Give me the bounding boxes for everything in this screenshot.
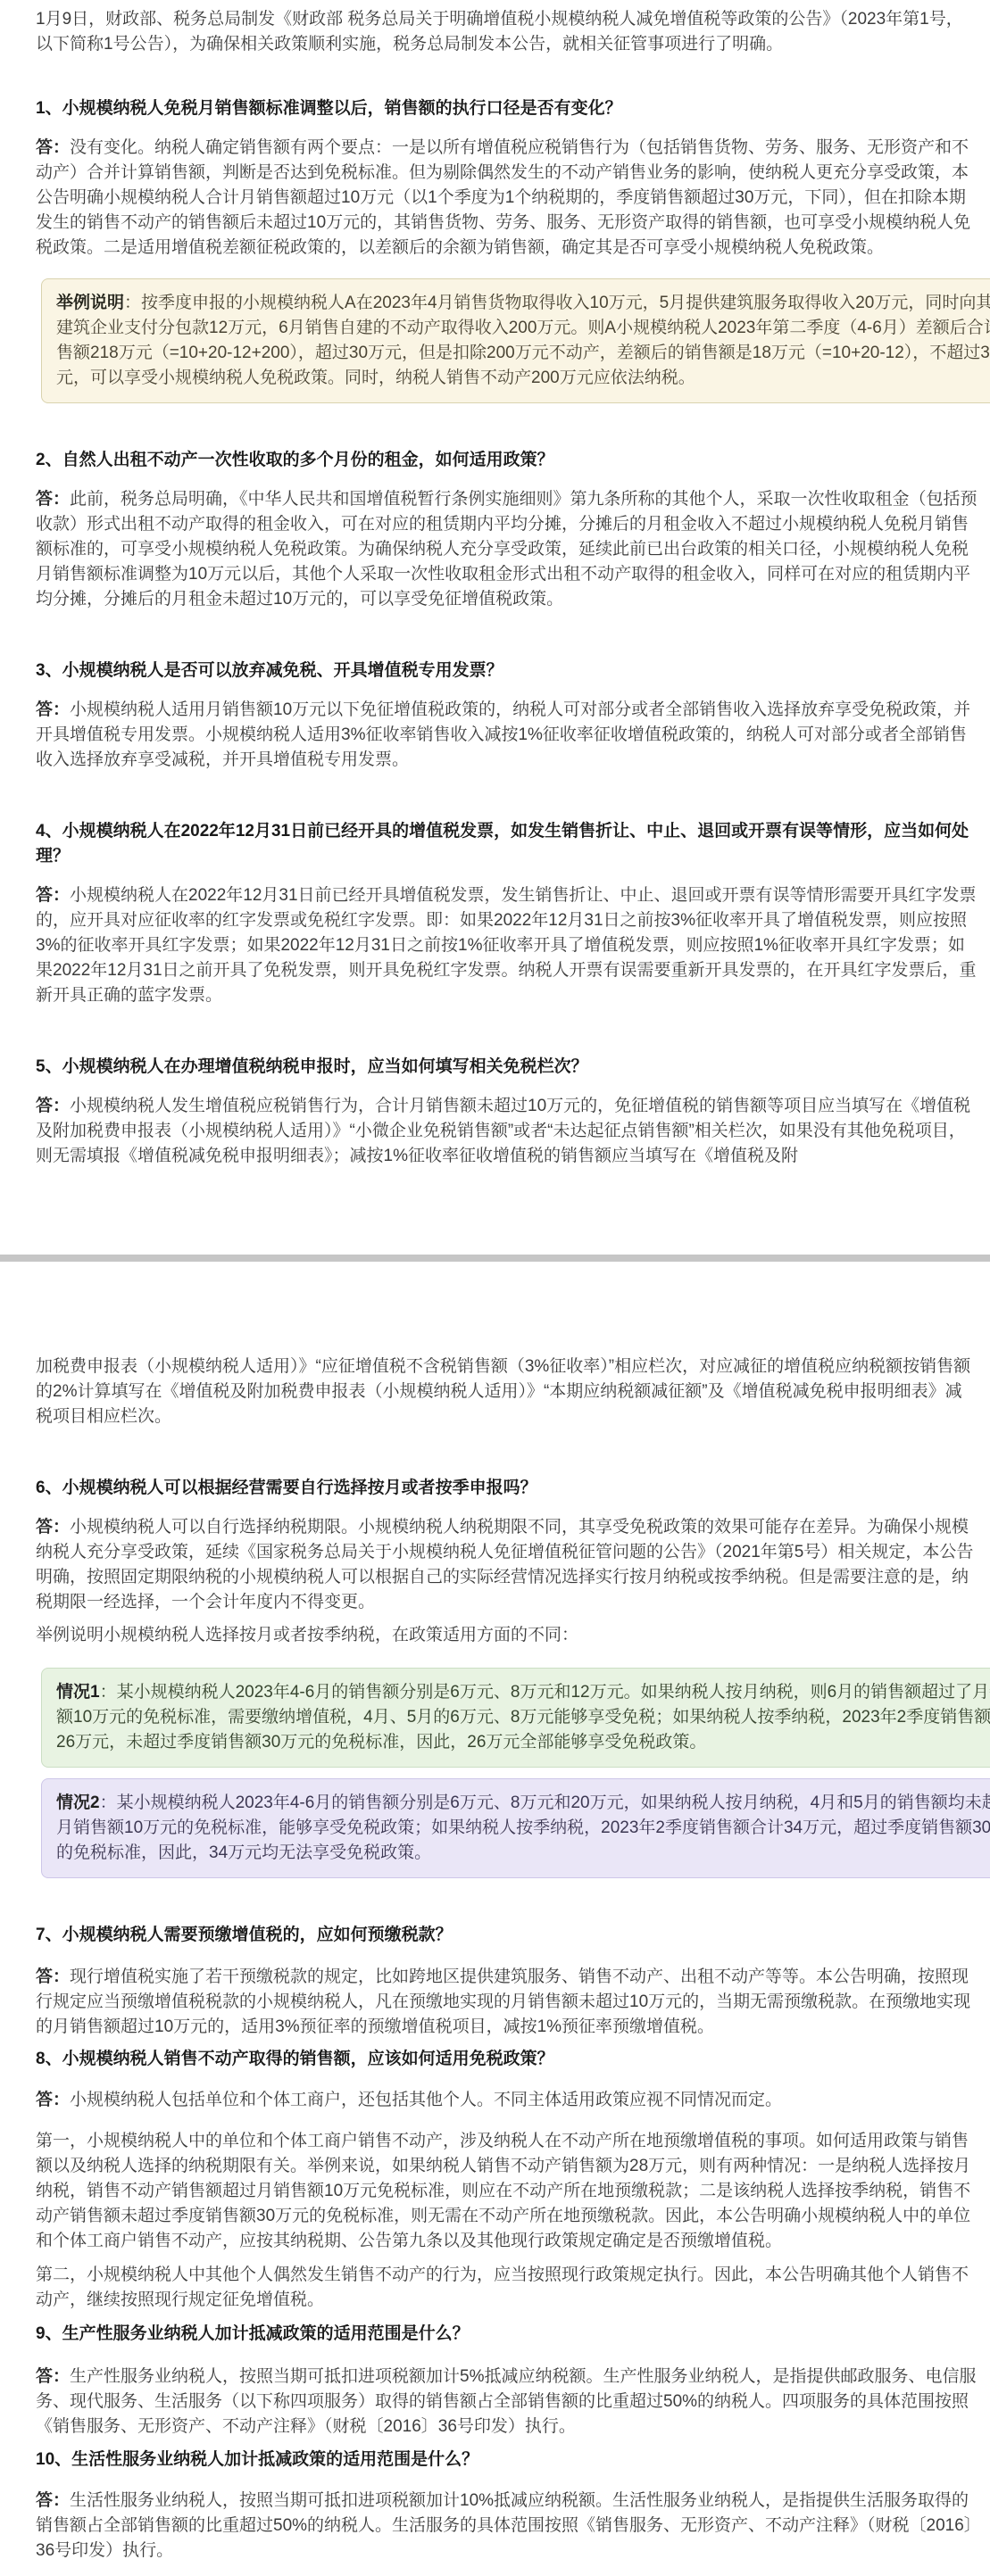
page-break-divider <box>0 1169 990 1354</box>
answer-9-paragraph: 答：生产性服务业纳税人，按照当期可抵扣进项税额加计5%抵减应纳税额。生产性服务业… <box>36 2365 978 2439</box>
answer-1-text: 没有变化。纳税人确定销售额有两个要点：一是以所有增值税应税销售行为（包括销售货物… <box>36 138 970 257</box>
answer-4-text: 小规模纳税人在2022年12月31日前已经开具增值税发票，发生销售折让、中止、退… <box>36 886 977 1005</box>
answer-8-paragraph-1: 答：小规模纳税人包括单位和个体工商户，还包括其他个人。不同主体适用政策应视不同情… <box>36 2088 978 2113</box>
answer-4-paragraph: 答：小规模纳税人在2022年12月31日前已经开具增值税发票，发生销售折让、中止… <box>36 883 978 1008</box>
question-5-heading: 5、小规模纳税人在办理增值税纳税申报时，应当如何填写相关免税栏次？ <box>36 1055 978 1080</box>
question-4-heading: 4、小规模纳税人在2022年12月31日前已经开具的增值税发票，如发生销售折让、… <box>36 819 978 869</box>
answer-5-paragraph-part1: 答：小规模纳税人发生增值税应税销售行为，合计月销售额未超过10万元的，免征增值税… <box>36 1094 978 1169</box>
answer-6-text: 小规模纳税人可以自行选择纳税期限。小规模纳税人纳税期限不同，其享受免税政策的效果… <box>36 1518 973 1611</box>
question-9-heading: 9、生产性服务业纳税人加计抵减政策的适用范围是什么？ <box>36 2322 978 2347</box>
page-break-bar <box>0 1255 990 1262</box>
case-1-label: 情况1 <box>56 1683 100 1702</box>
answer-8-paragraph-3: 第二，小规模纳税人中其他个人偶然发生销售不动产的行为，应当按照现行政策规定执行。… <box>36 2263 978 2313</box>
answer-8-paragraph-2: 第一，小规模纳税人中的单位和个体工商户销售不动产，涉及纳税人在不动产所在地预缴增… <box>36 2129 978 2254</box>
answer-5-text-part1: 小规模纳税人发生增值税应税销售行为，合计月销售额未超过10万元的，免征增值税的销… <box>36 1097 970 1165</box>
article-body: 1月9日，财政部、税务总局制发《财政部 税务总局关于明确增值税小规模纳税人减免增… <box>0 0 990 2576</box>
answer-label: 答： <box>36 138 70 157</box>
question-1-heading: 1、小规模纳税人免税月销售额标准调整以后，销售额的执行口径是否有变化？ <box>36 96 978 121</box>
answer-label: 答： <box>36 1518 70 1536</box>
example-box: 举例说明：按季度申报的小规模纳税人A在2023年4月销售货物取得收入10万元，5… <box>41 278 990 403</box>
answer-3-paragraph: 答：小规模纳税人适用月销售额10万元以下免征增值税政策的，纳税人可对部分或者全部… <box>36 698 978 773</box>
answer-label: 答： <box>36 886 70 905</box>
question-6-heading: 6、小规模纳税人可以根据经营需要自行选择按月或者按季申报吗？ <box>36 1476 978 1501</box>
answer-6-note: 举例说明小规模纳税人选择按月或者按季纳税，在政策适用方面的不同： <box>36 1623 978 1648</box>
question-2-heading: 2、自然人出租不动产一次性收取的多个月份的租金，如何适用政策？ <box>36 448 978 473</box>
answer-label: 答： <box>36 1967 70 1986</box>
case-2-box: 情况2：某小规模纳税人2023年4-6月的销售额分别是6万元、8万元和20万元，… <box>41 1778 990 1878</box>
answer-label: 答： <box>36 1097 70 1115</box>
answer-label: 答： <box>36 2091 70 2109</box>
answer-2-paragraph: 答：此前，税务总局明确，《中华人民共和国增值税暂行条例实施细则》第九条所称的其他… <box>36 487 978 612</box>
answer-8-text: 小规模纳税人包括单位和个体工商户，还包括其他个人。不同主体适用政策应视不同情况而… <box>70 2091 782 2109</box>
answer-1-paragraph: 答：没有变化。纳税人确定销售额有两个要点：一是以所有增值税应税销售行为（包括销售… <box>36 136 978 261</box>
case-2-label: 情况2 <box>56 1793 100 1812</box>
answer-9-text: 生产性服务业纳税人，按照当期可抵扣进项税额加计5%抵减应纳税额。生产性服务业纳税… <box>36 2367 976 2436</box>
question-3-heading: 3、小规模纳税人是否可以放弃减免税、开具增值税专用发票？ <box>36 658 978 683</box>
intro-paragraph: 1月9日，财政部、税务总局制发《财政部 税务总局关于明确增值税小规模纳税人减免增… <box>36 7 978 57</box>
answer-3-text: 小规模纳税人适用月销售额10万元以下免征增值税政策的，纳税人可对部分或者全部销售… <box>36 700 970 769</box>
question-7-heading: 7、小规模纳税人需要预缴增值税的，应如何预缴税款？ <box>36 1923 978 1948</box>
answer-label: 答： <box>36 700 70 719</box>
answer-10-paragraph: 答：生活性服务业纳税人，按照当期可抵扣进项税额加计10%抵减应纳税额。生活性服务… <box>36 2489 978 2564</box>
example-text: ：按季度申报的小规模纳税人A在2023年4月销售货物取得收入10万元，5月提供建… <box>56 294 990 387</box>
answer-6-paragraph: 答：小规模纳税人可以自行选择纳税期限。小规模纳税人纳税期限不同，其享受免税政策的… <box>36 1515 978 1615</box>
answer-7-text: 现行增值税实施了若干预缴税款的规定，比如跨地区提供建筑服务、销售不动产、出租不动… <box>36 1967 970 2036</box>
case-1-text: ：某小规模纳税人2023年4-6月的销售额分别是6万元、8万元和12万元。如果纳… <box>56 1683 990 1752</box>
answer-5-paragraph-part2: 加税费申报表（小规模纳税人适用）》“应征增值税不含税销售额（3%征收率）”相应栏… <box>36 1354 978 1429</box>
case-2-text: ：某小规模纳税人2023年4-6月的销售额分别是6万元、8万元和20万元，如果纳… <box>56 1793 990 1862</box>
case-1-box: 情况1：某小规模纳税人2023年4-6月的销售额分别是6万元、8万元和12万元。… <box>41 1668 990 1768</box>
answer-2-text: 此前，税务总局明确，《中华人民共和国增值税暂行条例实施细则》第九条所称的其他个人… <box>36 490 978 609</box>
question-8-heading: 8、小规模纳税人销售不动产取得的销售额，应该如何适用免税政策？ <box>36 2047 978 2072</box>
answer-5-text-part2: 加税费申报表（小规模纳税人适用）》“应征增值税不含税销售额（3%征收率）”相应栏… <box>36 1357 970 1426</box>
answer-label: 答： <box>36 2491 70 2510</box>
answer-label: 答： <box>36 2367 70 2386</box>
answer-10-text: 生活性服务业纳税人，按照当期可抵扣进项税额加计10%抵减应纳税额。生活性服务业纳… <box>36 2491 972 2560</box>
example-label: 举例说明 <box>56 294 124 312</box>
question-10-heading: 10、生活性服务业纳税人加计抵减政策的适用范围是什么？ <box>36 2448 978 2472</box>
answer-label: 答： <box>36 490 70 509</box>
answer-7-paragraph: 答：现行增值税实施了若干预缴税款的规定，比如跨地区提供建筑服务、销售不动产、出租… <box>36 1965 978 2040</box>
